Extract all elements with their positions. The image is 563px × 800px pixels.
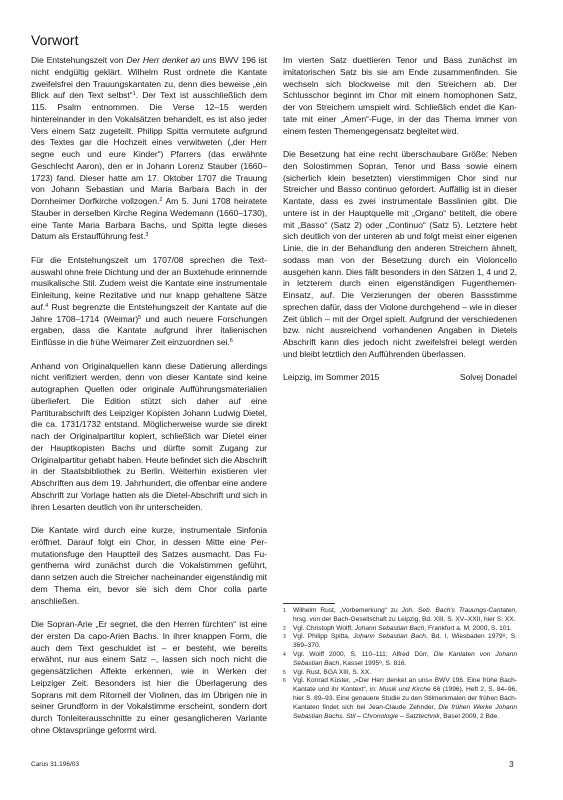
left-column: Die Entstehungszeit von Der Herr denket … bbox=[31, 55, 267, 748]
paragraph-aria: Die Sopran-Arie „Er segnet, die den Herr… bbox=[31, 619, 267, 737]
footnote-ref-3[interactable]: 3 bbox=[145, 232, 148, 238]
paragraph-dating: Die Entstehungszeit von Der Herr denket … bbox=[31, 55, 267, 243]
paragraph-scoring: Die Besetzung hat eine recht überschauba… bbox=[283, 149, 517, 361]
footnote-ref-6[interactable]: 6 bbox=[230, 338, 233, 344]
right-column: Im vierten Satz duettieren Tenor und Bas… bbox=[283, 55, 517, 396]
page-title: Vorwort bbox=[31, 32, 78, 48]
footnote-divider bbox=[283, 603, 335, 604]
footnote-2: 2 Vgl. Christoph Wolff, Johann Sebastian… bbox=[283, 625, 517, 634]
paragraph-sinfonia: Die Kantate wird durch eine kurze, instr… bbox=[31, 525, 267, 607]
footnote-1: 1 Wilhelm Rust, „Vorbemerkung“ zu Joh. S… bbox=[283, 607, 517, 625]
footnote-3: 3 Vgl. Philipp Spitta, Johann Sebastian … bbox=[283, 633, 517, 651]
work-title: Der Herr denket an uns bbox=[126, 55, 216, 65]
paragraph-sources: Anhand von Originalquellen kann diese Da… bbox=[31, 361, 267, 514]
paragraph-fourth-movement: Im vierten Satz duettieren Tenor und Bas… bbox=[283, 55, 517, 137]
page-number: 3 bbox=[509, 759, 514, 769]
footnote-5: 5 Vgl. Rust, BGA XIII, S. XX. bbox=[283, 669, 517, 678]
footnote-4: 4 Vgl. Wolff 2000, S. 110–111; Alfred Dü… bbox=[283, 651, 517, 669]
signature-line: Leipzig, im Sommer 2015 Solvej Donadel bbox=[283, 372, 517, 384]
footnote-6: 6 Vgl. Konrad Küster, „»Der Herr denket … bbox=[283, 677, 517, 721]
place-date: Leipzig, im Sommer 2015 bbox=[283, 372, 379, 384]
footnotes: 1 Wilhelm Rust, „Vorbemerkung“ zu Joh. S… bbox=[283, 603, 517, 721]
author-name: Solvej Donadel bbox=[460, 372, 517, 384]
catalog-number: Carus 31.196/03 bbox=[31, 761, 79, 768]
paragraph-style: Für die Entstehungszeit um 1707/08 sprec… bbox=[31, 255, 267, 349]
